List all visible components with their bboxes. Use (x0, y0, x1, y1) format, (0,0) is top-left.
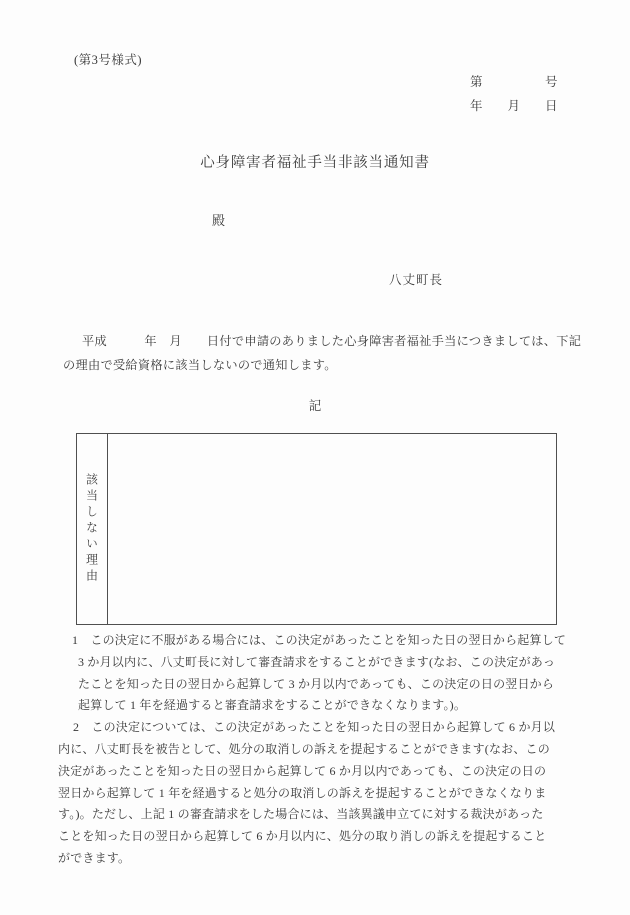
addressee-honorific: 殿 (212, 210, 225, 229)
appeal-notes-section: 1 この決定に不服がある場合には、この決定があったことを知った日の翌日から起算し… (58, 630, 578, 870)
document-date-line: 年 月 日 (470, 96, 558, 114)
reason-content-cell (108, 434, 556, 624)
appeal-note-2: 2 この決定については、この決定があったことを知った日の翌日から起算して 6 か… (58, 717, 578, 870)
notification-body-paragraph: 平成 年 月 日付で申請のありました心身障害者福祉手当につきましては、下記 の理… (63, 329, 581, 377)
appeal-note-1: 1 この決定に不服がある場合には、この決定があったことを知った日の翌日から起算し… (58, 630, 578, 717)
form-style-label: (第3号様式) (74, 50, 142, 68)
notification-document-page: (第3号様式) 第 号 年 月 日 心身障害者福祉手当非該当通知書 殿 八丈町長… (0, 0, 630, 915)
document-number-line: 第 号 (470, 72, 558, 90)
reason-label-cell: 該当しない理由 (77, 434, 108, 624)
document-title: 心身障害者福祉手当非該当通知書 (0, 151, 630, 172)
reason-label-vertical-text: 該当しない理由 (84, 473, 101, 585)
issuer-name: 八丈町長 (389, 270, 443, 288)
ki-section-marker: 記 (0, 396, 630, 414)
reason-table: 該当しない理由 (76, 433, 557, 625)
